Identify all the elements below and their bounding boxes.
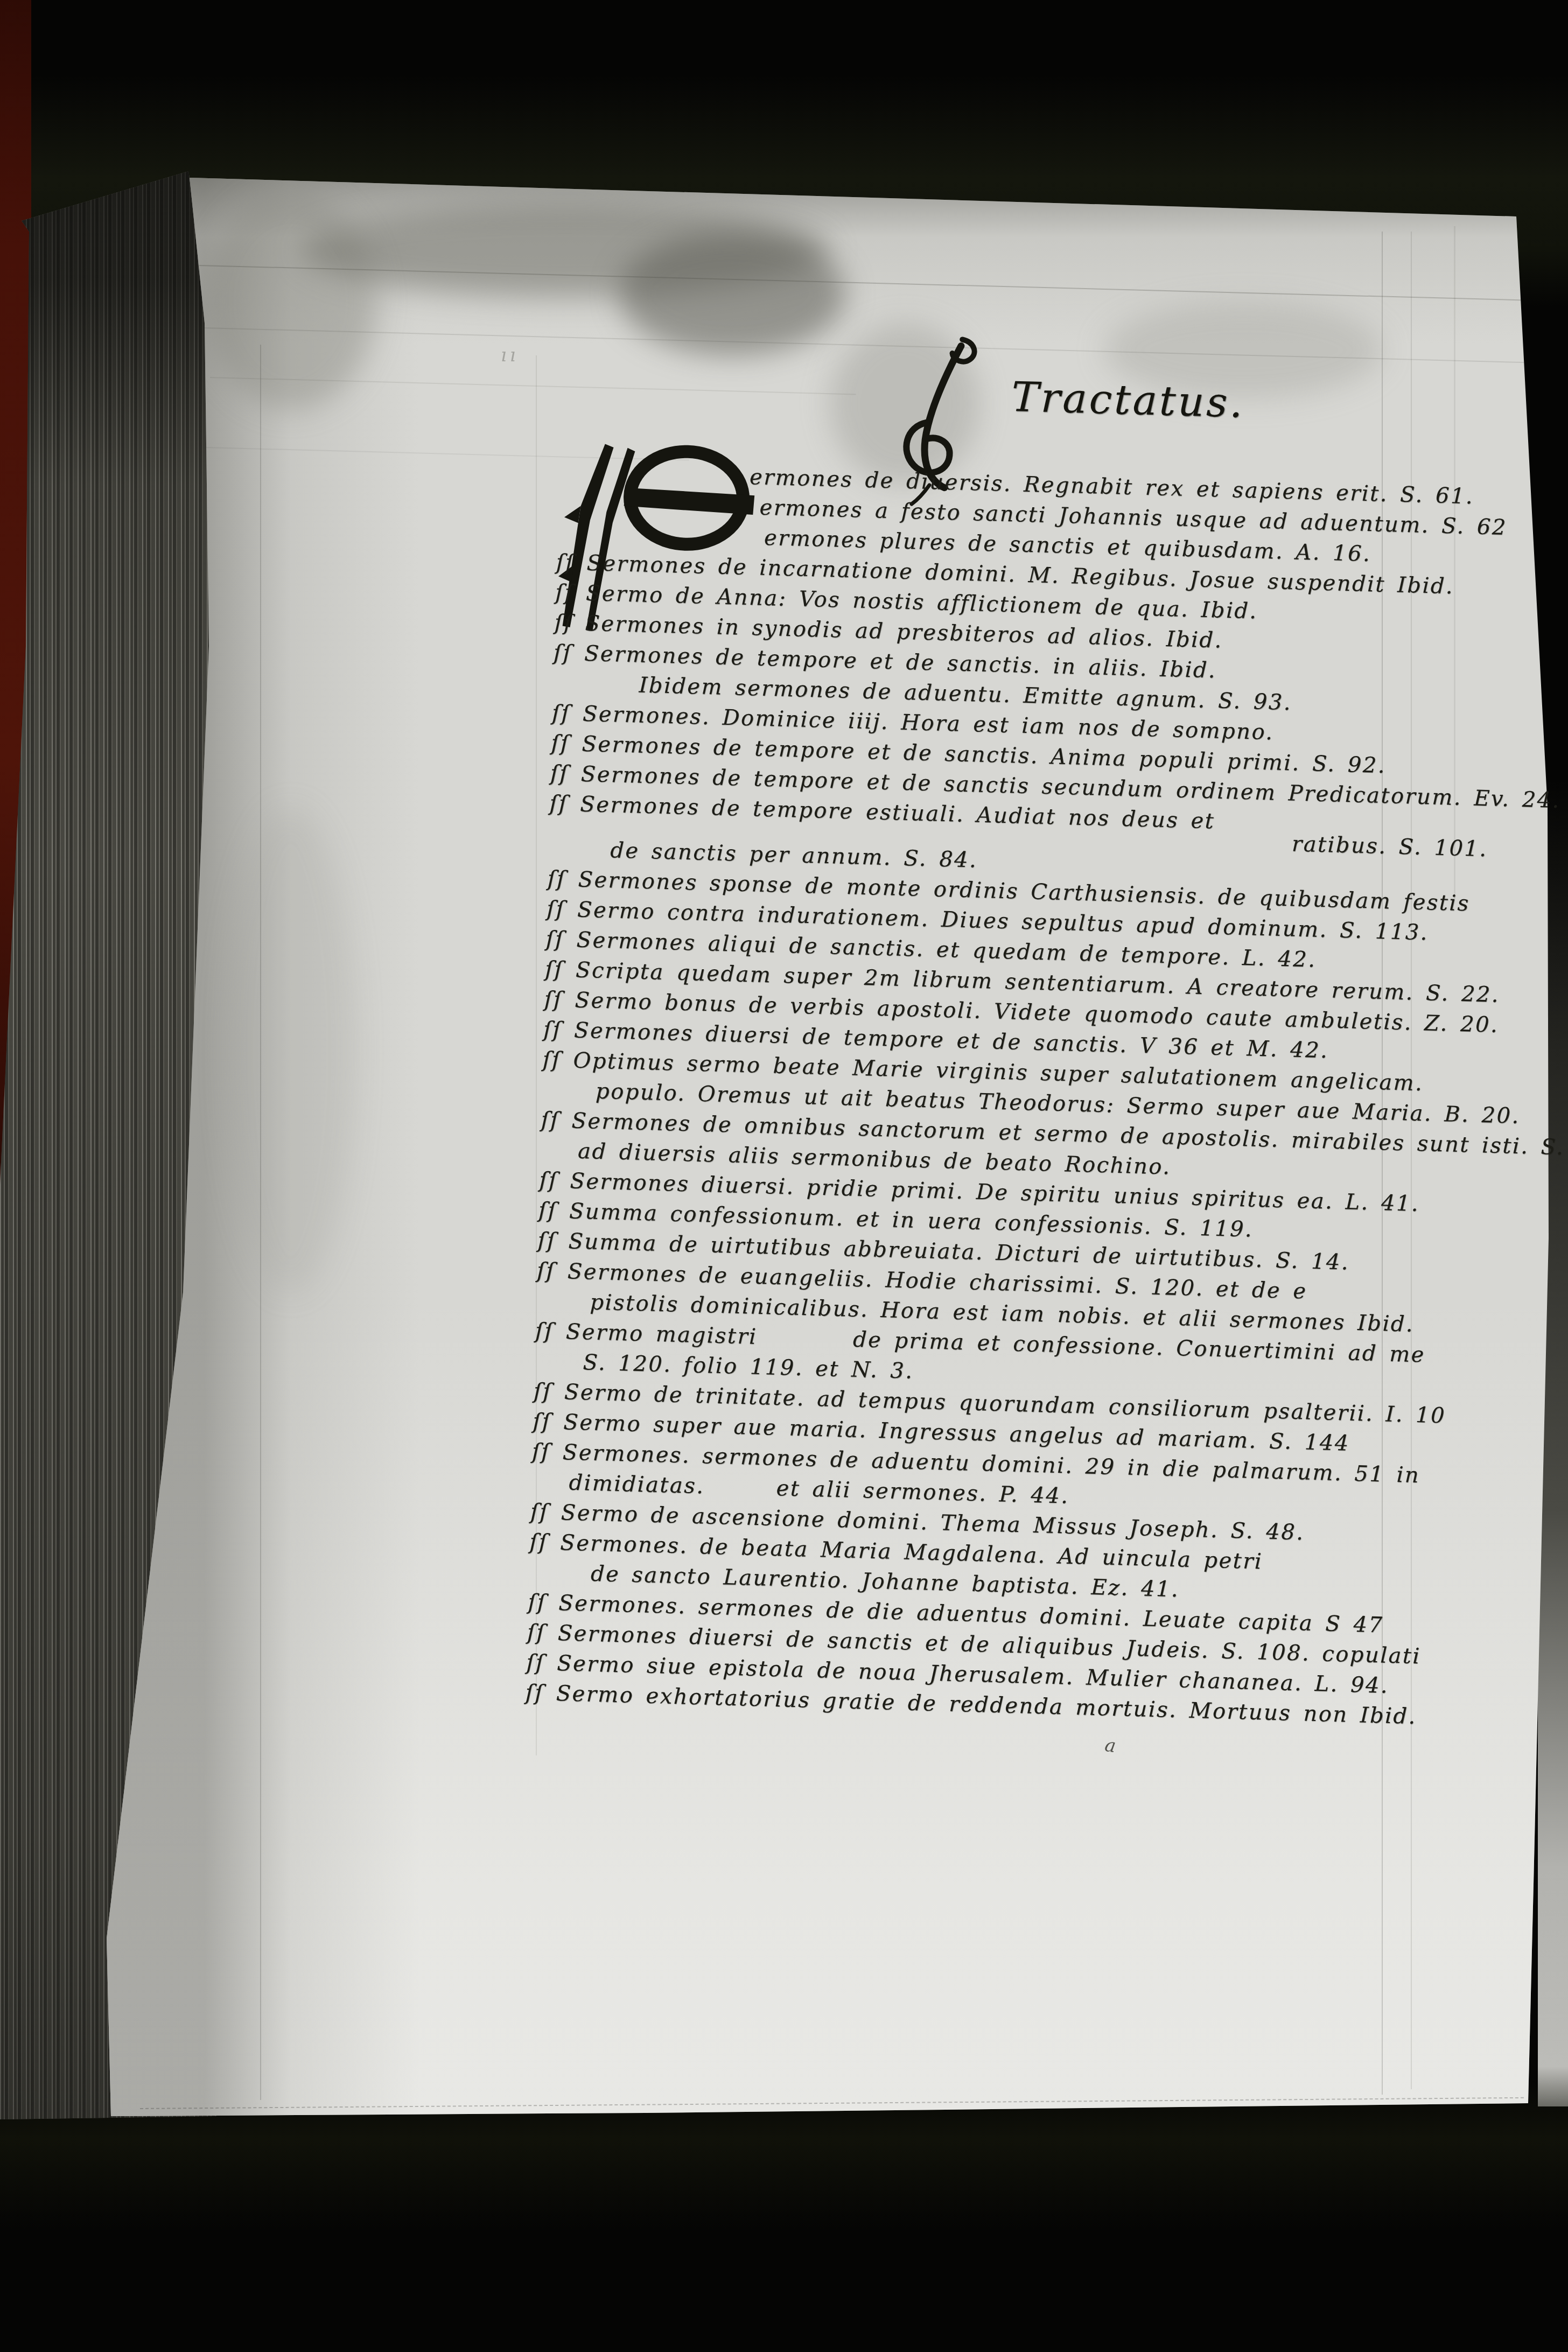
text-line: de sanctis per annum. S. 84. bbox=[610, 838, 978, 872]
text-line: ratibus. S. 101. bbox=[1292, 832, 1488, 861]
text-line: S. 120. folio 119. et N. 3. bbox=[583, 1350, 914, 1383]
manuscript-photo: Tractatus. ermones de diuersis. Regnabit… bbox=[0, 0, 1568, 2352]
page-title: Tractatus. bbox=[1011, 376, 1245, 424]
marginal-mark-top: ıı bbox=[501, 345, 519, 366]
margin-smudge bbox=[226, 808, 355, 1292]
text-block: Tractatus. ermones de diuersis. Regnabit… bbox=[514, 319, 1568, 1833]
ruling-line-vertical bbox=[260, 345, 261, 2100]
